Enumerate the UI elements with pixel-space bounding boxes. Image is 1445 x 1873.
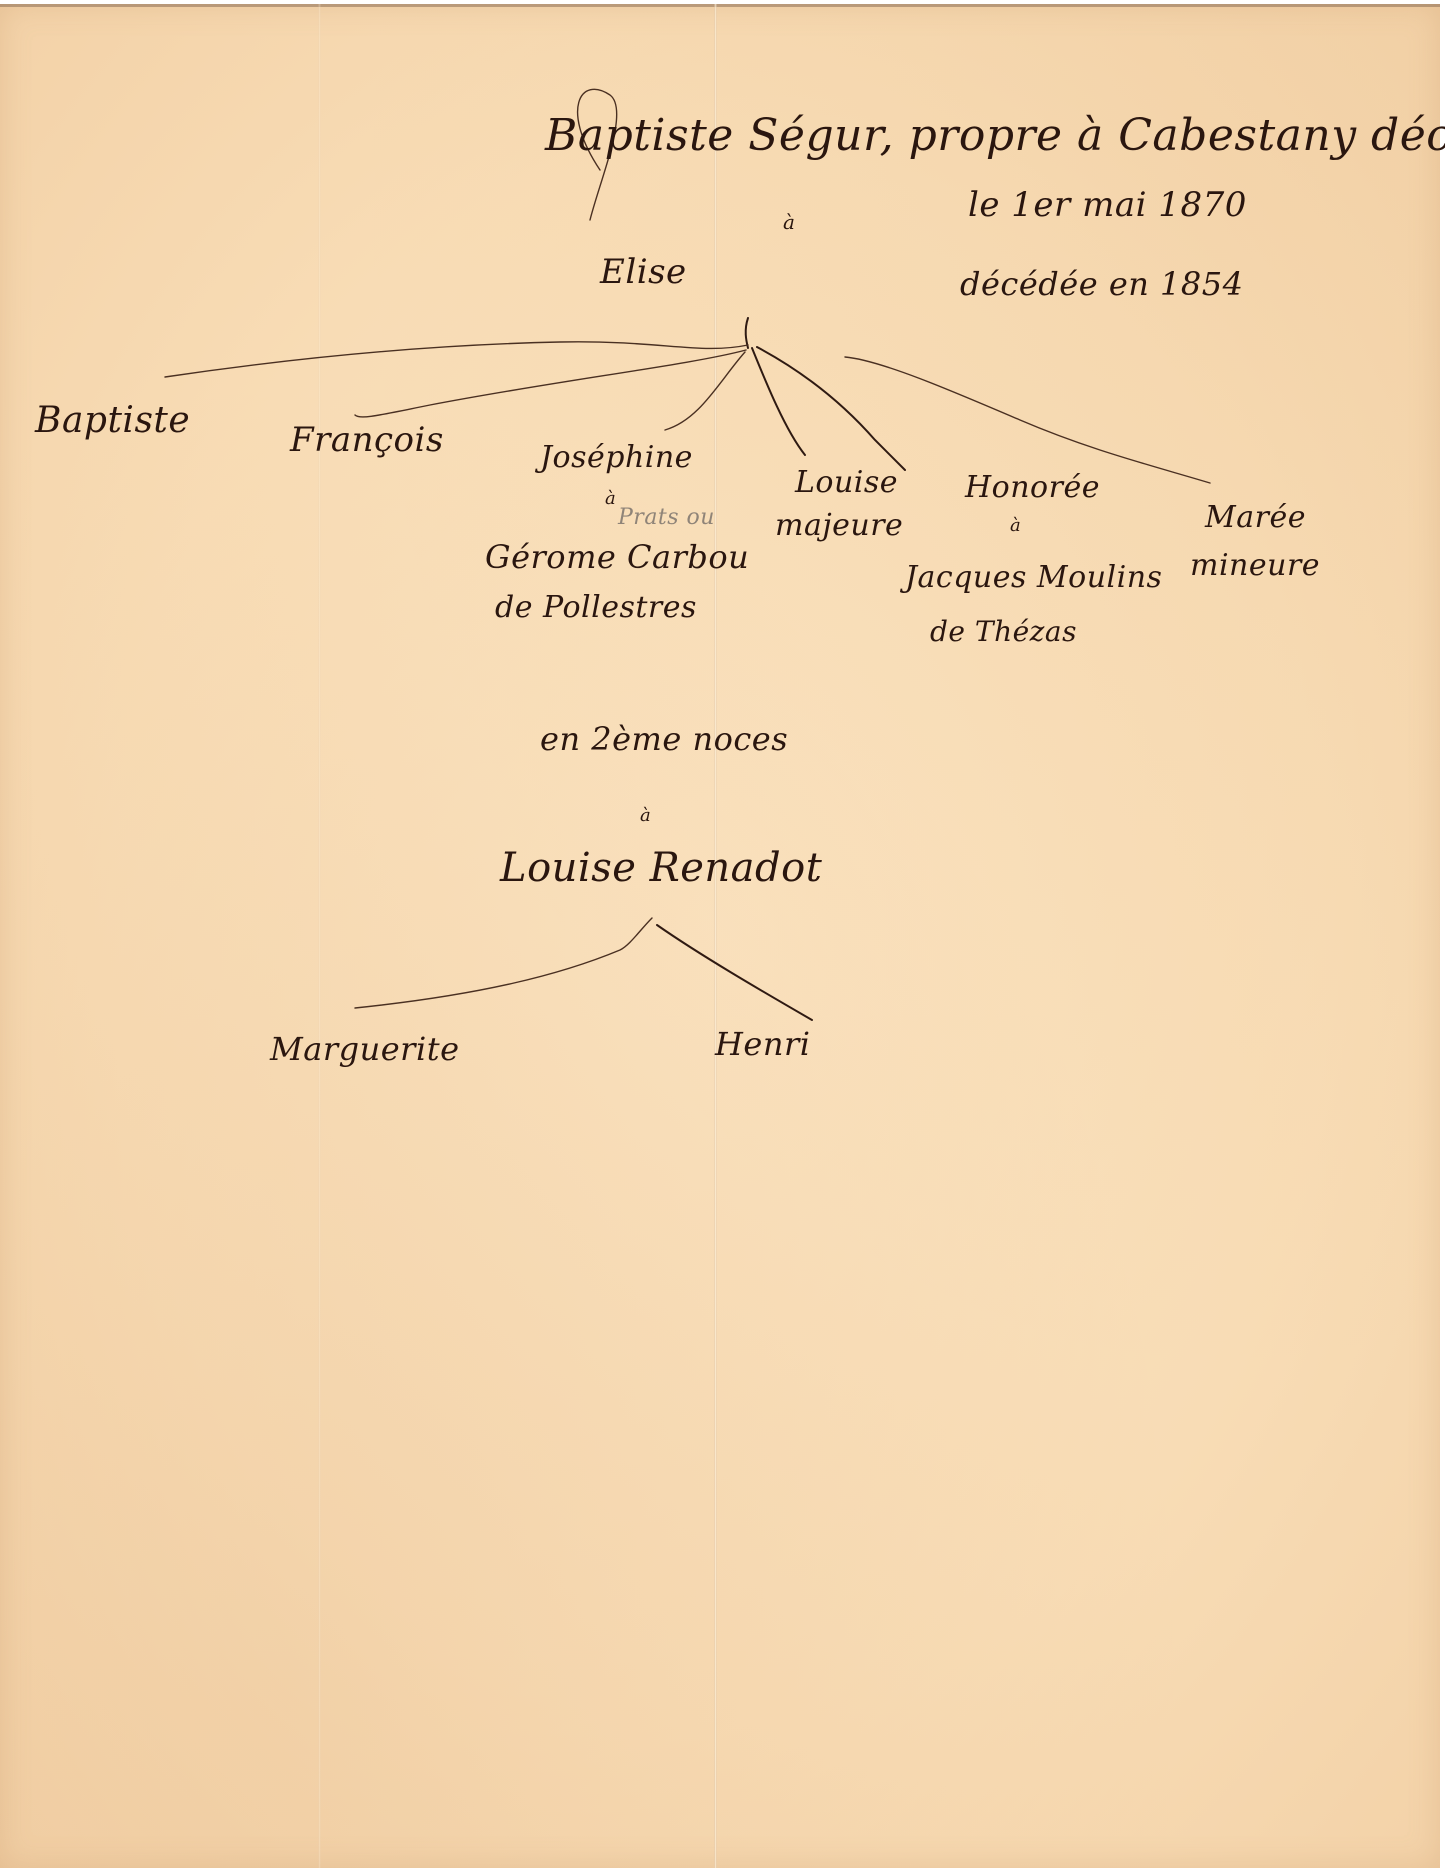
child-francois: François <box>290 420 444 460</box>
josephine-spouse-name: Gérome Carbou <box>485 538 749 576</box>
josephine-pencil-annotation: Prats ou <box>618 505 715 530</box>
header-marker: à <box>783 210 795 234</box>
child-louise: Louise <box>795 465 898 500</box>
first-spouse-name: Elise <box>600 252 687 292</box>
paper-fold-line-faint <box>318 4 321 1868</box>
child-henri: Henri <box>715 1025 810 1063</box>
child-josephine: Joséphine <box>540 440 693 475</box>
second-spouse-name: Louise Renadot <box>500 845 822 891</box>
child-maree: Marée <box>1205 500 1306 535</box>
josephine-marker: à <box>605 488 616 509</box>
first-spouse-note: décédée en 1854 <box>960 265 1243 303</box>
child-marguerite: Marguerite <box>270 1030 460 1068</box>
maree-status: mineure <box>1190 548 1320 583</box>
child-honoree: Honorée <box>965 470 1100 505</box>
honoree-spouse-origin: de Thézas <box>930 615 1077 648</box>
louise-status: majeure <box>775 508 903 543</box>
child-baptiste: Baptiste <box>35 400 190 441</box>
josephine-spouse-origin: de Pollestres <box>495 590 697 625</box>
paper-fold-line <box>714 4 717 1868</box>
honoree-marker: à <box>1010 515 1021 536</box>
honoree-spouse-name: Jacques Moulins <box>905 560 1162 595</box>
second-marriage-label: en 2ème noces <box>540 720 788 758</box>
header-line-2: le 1er mai 1870 <box>968 185 1247 225</box>
second-marriage-marker: à <box>640 805 651 826</box>
header-line-1: Baptiste Ségur, propre à Cabestany décéd… <box>545 110 1445 161</box>
